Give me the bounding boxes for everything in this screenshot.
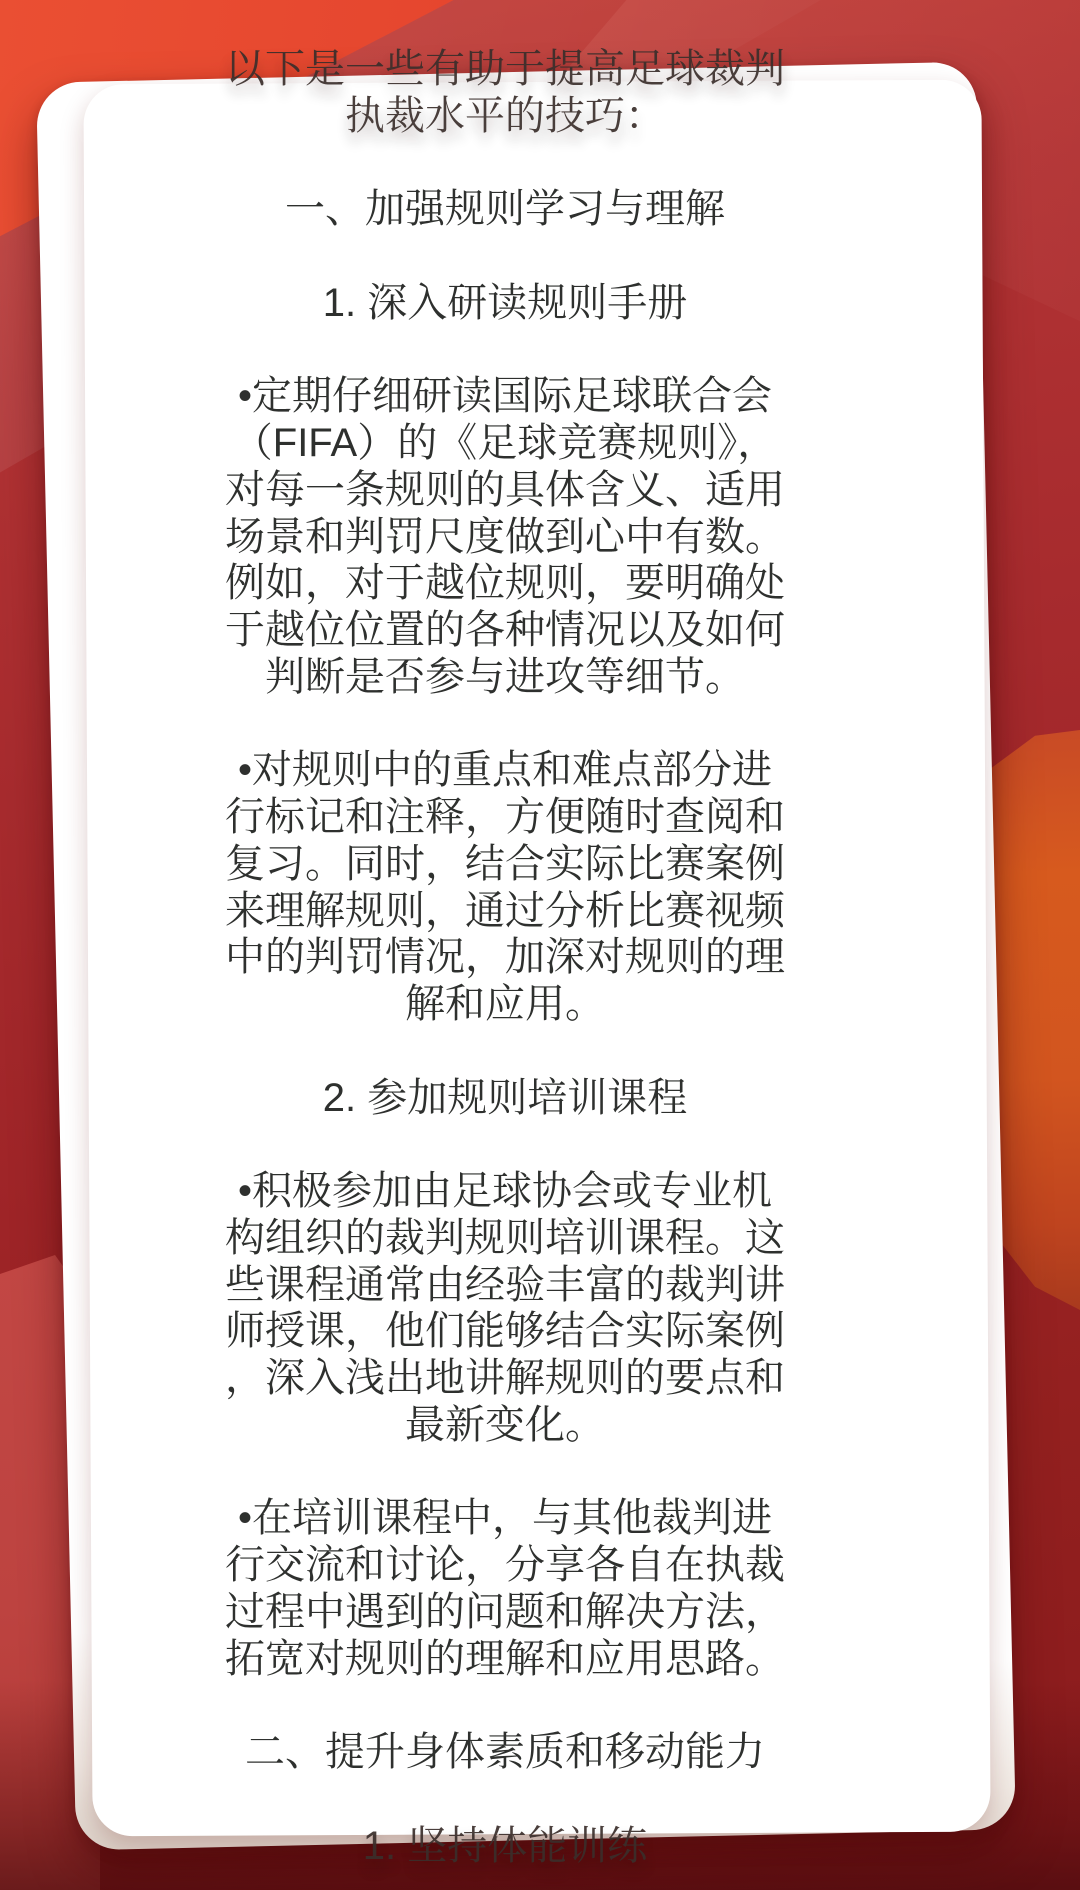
- text-line: 构组织的裁判规则培训课程。这: [55, 1215, 955, 1262]
- text-line: 二、提升身体素质和移动能力: [55, 1729, 955, 1776]
- paragraph-heading: 二、提升身体素质和移动能力: [55, 1729, 955, 1776]
- text-line: ，深入浅出地讲解规则的要点和: [55, 1355, 955, 1402]
- text-line: 例如，对于越位规则，要明确处: [55, 560, 955, 607]
- text-line: 1. 坚持体能训练: [55, 1823, 955, 1870]
- text-line: 以下是一些有助于提高足球裁判: [55, 46, 955, 93]
- text-line: 拓宽对规则的理解和应用思路。: [55, 1636, 955, 1683]
- text-line: 解和应用。: [55, 981, 955, 1028]
- text-line: •对规则中的重点和难点部分进: [55, 747, 955, 794]
- text-line: 1. 深入研读规则手册: [55, 280, 955, 327]
- text-line: •在培训课程中，与其他裁判进: [55, 1495, 955, 1542]
- text-line: 复习。同时，结合实际比赛案例: [55, 841, 955, 888]
- text-line: 些课程通常由经验丰富的裁判讲: [55, 1262, 955, 1309]
- text-line: 执裁水平的技巧：: [55, 93, 955, 140]
- text-line: 来理解规则，通过分析比赛视频: [55, 888, 955, 935]
- text-line: 判断是否参与进攻等细节。: [55, 654, 955, 701]
- text-line: 一、加强规则学习与理解: [55, 186, 955, 233]
- text-line: 2. 参加规则培训课程: [55, 1075, 955, 1122]
- paragraph-bullet: •积极参加由足球协会或专业机构组织的裁判规则培训课程。这些课程通常由经验丰富的裁…: [55, 1168, 955, 1449]
- text-line: 对每一条规则的具体含义、适用: [55, 467, 955, 514]
- text-line: 行标记和注释，方便随时查阅和: [55, 794, 955, 841]
- text-line: 师授课，他们能够结合实际案例: [55, 1308, 955, 1355]
- text-line: 过程中遇到的问题和解决方法，: [55, 1589, 955, 1636]
- paragraph-title: 以下是一些有助于提高足球裁判执裁水平的技巧：: [55, 46, 955, 140]
- text-line: 中的判罚情况，加深对规则的理: [55, 934, 955, 981]
- text-layer: 以下是一些有助于提高足球裁判执裁水平的技巧：一、加强规则学习与理解1. 深入研读…: [55, 46, 955, 1869]
- text-line: •积极参加由足球协会或专业机: [55, 1168, 955, 1215]
- paragraph-heading: 一、加强规则学习与理解: [55, 186, 955, 233]
- poster: 以下是一些有助于提高足球裁判执裁水平的技巧：一、加强规则学习与理解1. 深入研读…: [0, 0, 1080, 1890]
- text-line: •定期仔细研读国际足球联合会: [55, 373, 955, 420]
- text-line: 最新变化。: [55, 1402, 955, 1449]
- text-line: （FIFA）的《足球竞赛规则》，: [55, 420, 955, 467]
- paragraph-bullet: •在培训课程中，与其他裁判进行交流和讨论，分享各自在执裁过程中遇到的问题和解决方…: [55, 1495, 955, 1682]
- text-line: 场景和判罚尺度做到心中有数。: [55, 514, 955, 561]
- paragraph-subheading: 1. 坚持体能训练: [55, 1823, 955, 1870]
- text-line: 行交流和讨论，分享各自在执裁: [55, 1542, 955, 1589]
- text-line: 于越位位置的各种情况以及如何: [55, 607, 955, 654]
- paragraph-subheading: 2. 参加规则培训课程: [55, 1075, 955, 1122]
- paragraph-subheading: 1. 深入研读规则手册: [55, 280, 955, 327]
- paragraph-bullet: •定期仔细研读国际足球联合会（FIFA）的《足球竞赛规则》，对每一条规则的具体含…: [55, 373, 955, 700]
- paragraph-bullet: •对规则中的重点和难点部分进行标记和注释，方便随时查阅和复习。同时，结合实际比赛…: [55, 747, 955, 1028]
